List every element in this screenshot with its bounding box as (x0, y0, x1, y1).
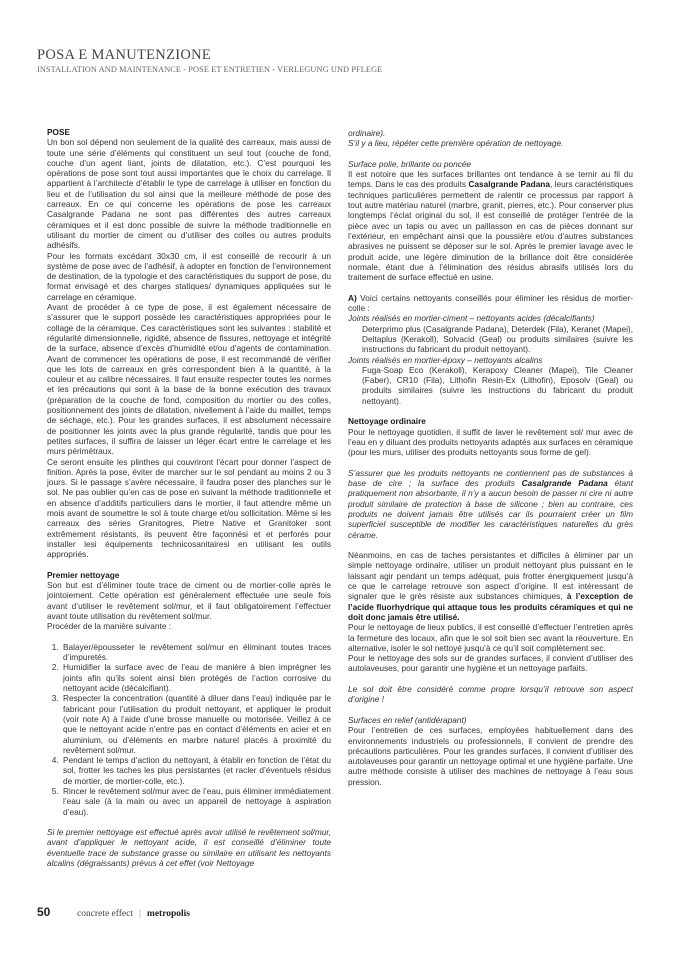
paragraph: Son but est d’éliminer toute trace de ci… (47, 580, 331, 621)
brand-name: Casalgrande Padana (522, 478, 608, 488)
note-a: A) Voici certains nettoyants conseillés … (348, 293, 633, 314)
series-name: metropolis (147, 909, 190, 919)
list-item: Balayer/épousseter le revêtement sol/mur… (61, 642, 331, 663)
page-subtitle: INSTALLATION AND MAINTENANCE - POSE ET E… (37, 64, 382, 75)
wax-warning: S’assurer que les produits nettoyants ne… (348, 468, 633, 540)
paragraph: Pour l’entretien de ces surfaces, employ… (348, 725, 633, 787)
paragraph: Un bon sol dépend non seulement de la qu… (47, 137, 331, 250)
page-number: 50 (37, 905, 77, 919)
list-item: Rincer le revêtement sol/mur avec de l’e… (61, 786, 331, 817)
paragraph: Il est notoire que les surfaces brillant… (348, 169, 633, 282)
clean-note: Le sol doit être considéré comme propre … (348, 684, 633, 705)
subheading-polished-surface: Surface polie, brillante ou poncée (348, 159, 633, 169)
page-title: POSA E MANUTENZIONE (37, 47, 382, 63)
list-item: Pendant le temps d’action du nettoyant, … (61, 755, 331, 786)
collection-name: concrete effect (77, 909, 133, 919)
italic-note: Si le premier nettoyage est effectué apr… (47, 827, 331, 868)
procedure-steps-list: Balayer/épousseter le revêtement sol/mur… (47, 642, 331, 817)
cement-joints-products: Deterprimo plus (Casalgrande Padana), De… (348, 324, 633, 355)
paragraph: Avant de procéder à ce type de pose, il … (47, 302, 331, 456)
paragraph: Pour le nettoyage de lieux publics, il e… (348, 622, 633, 653)
page-header: POSA E MANUTENZIONE INSTALLATION AND MAI… (37, 47, 382, 75)
epoxy-joints-products: Fuga-Soap Eco (Kerakoll), Kerapoxy Clean… (348, 365, 633, 406)
section-heading-nettoyage-ordinaire: Nettoyage ordinaire (348, 416, 633, 426)
italic-repeat-note: S’il y a lieu, répéter cette première op… (348, 138, 633, 148)
paragraph: Pour le nettoyage quotidien, il suffit d… (348, 427, 633, 458)
subheading-relief-surfaces: Surfaces en relief (antidérapant) (348, 715, 633, 725)
subheading-epoxy-joints: Joints réalisés en mortier-époxy – netto… (348, 355, 633, 365)
note-a-label: A) (348, 293, 357, 303)
paragraph: Pour le nettoyage des sols sur de grande… (348, 653, 633, 674)
right-column: ordinaire). S’il y a lieu, répéter cette… (348, 128, 633, 787)
page-footer: 50 concrete effect | metropolis (37, 905, 190, 919)
italic-continuation: ordinaire). (348, 128, 633, 138)
paragraph: Ce seront ensuite les plinthes qui couvr… (47, 457, 331, 560)
footer-separator: | (139, 909, 141, 919)
list-item: Humidifier la surface avec de l’eau de m… (61, 662, 331, 693)
list-item: Respecter la concentration (quantité à d… (61, 693, 331, 755)
section-heading-pose: POSE (47, 127, 331, 137)
brand-name: Casalgrande Padana (468, 179, 550, 189)
subheading-cement-joints: Joints réalisés en mortier-ciment – nett… (348, 313, 633, 323)
paragraph: Néanmoins, en cas de taches persistantes… (348, 550, 633, 622)
left-column: POSE Un bon sol dépend non seulement de … (47, 127, 331, 868)
section-heading-premier-nettoyage: Premier nettoyage (47, 570, 331, 580)
paragraph: Pour les formats excédant 30x30 cm, il e… (47, 251, 331, 302)
paragraph: Procéder de la manière suivante : (47, 621, 331, 631)
